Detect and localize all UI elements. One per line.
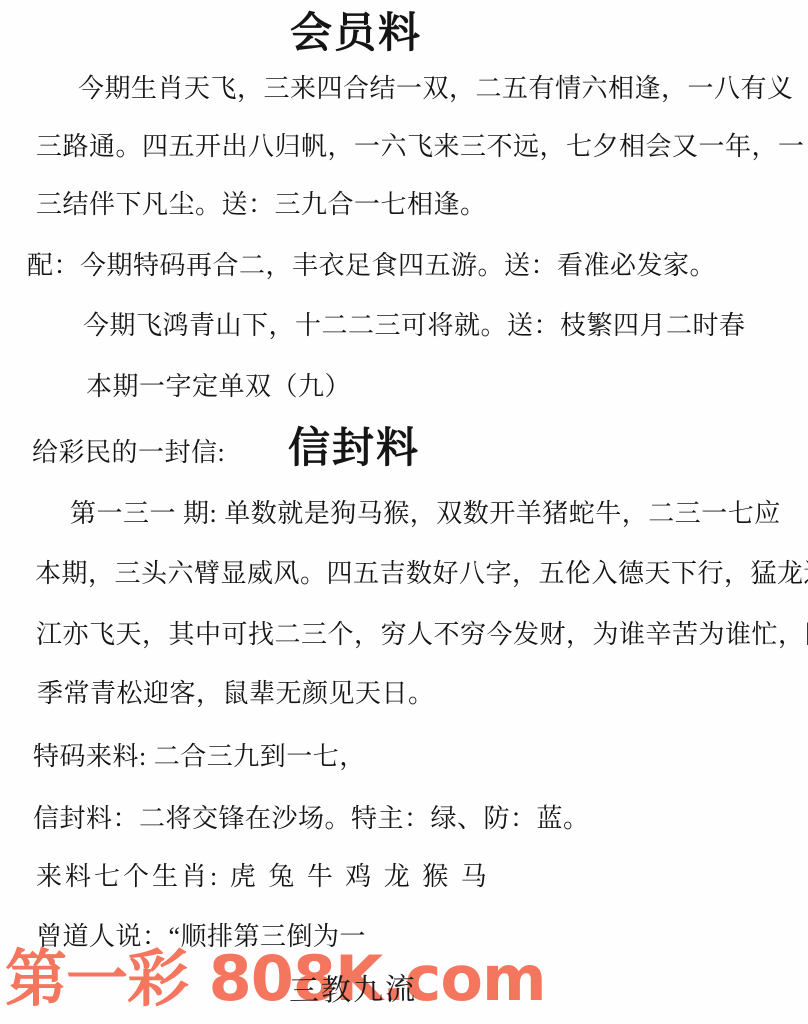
- envelope-section-title: 信封料: [288, 428, 420, 470]
- envelope-line: 季常青松迎客，鼠辈无颜见天日。: [37, 679, 435, 709]
- envelope-line: 江亦飞天，其中可找二三个，穷人不穷今发财，为谁辛苦为谁忙，四: [36, 620, 808, 650]
- envelope-line: 信封料：二将交锋在沙场。特主：绿、防：蓝。: [33, 804, 590, 834]
- envelope-line: 特码来料: 二合三九到一七，: [33, 742, 366, 772]
- member-line: 三结伴下凡尘。送：三九合一七相逢。: [36, 190, 487, 220]
- envelope-line: 第一三一 期: 单数就是狗马猴，双数开羊猪蛇牛，二三一七应: [70, 499, 781, 529]
- envelope-line: 本期，三头六臂显威风。四五吉数好八字，五伦入德天下行，猛龙过: [35, 559, 808, 589]
- site-watermark: 第一彩 808K.com: [5, 948, 546, 1010]
- member-line: 三路通。四五开出八归帆，一六飞来三不远，七夕相会又一年，一: [36, 132, 805, 162]
- member-section-title: 会员料: [290, 13, 422, 55]
- member-line: 本期一字定单双（九）: [86, 372, 351, 402]
- watermark-overlay-text: 三教九流: [289, 975, 418, 1007]
- member-line: 今期生肖天飞，三来四合结一双，二五有情六相逢，一八有义: [78, 74, 794, 104]
- envelope-line: 来料七个生肖: 虎 兔 牛 鸡 龙 猴 马: [36, 862, 490, 892]
- member-line: 配：今期特码再合二，丰衣足食四五游。送：看准必发家。: [27, 251, 716, 281]
- envelope-intro-label: 给彩民的一封信:: [32, 438, 225, 468]
- document-page: 会员料 今期生肖天飞，三来四合结一双，二五有情六相逢，一八有义 三路通。四五开出…: [0, 0, 808, 1024]
- member-line: 今期飞鸿青山下，十二二三可将就。送：枝繁四月二时春: [83, 311, 746, 341]
